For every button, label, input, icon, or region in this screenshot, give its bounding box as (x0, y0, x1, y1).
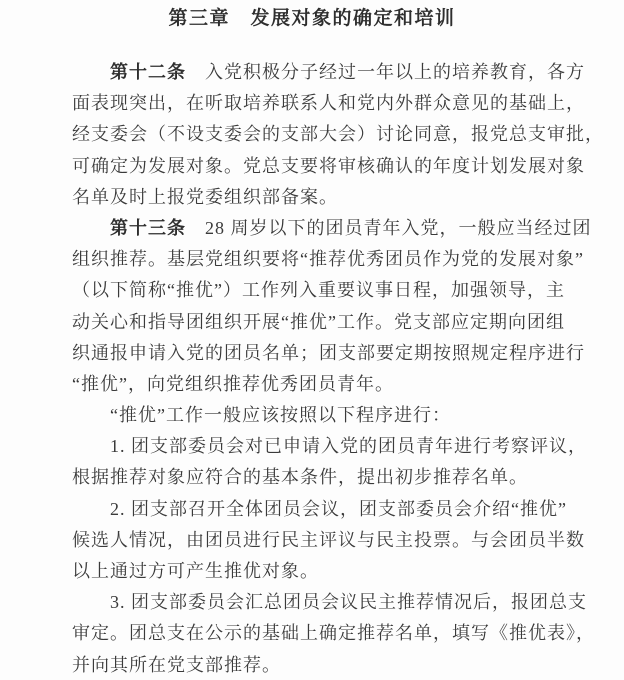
text-line-6: 第十三条 28 周岁以下的团员青年入党，一般应当经过团 (72, 213, 614, 244)
text-line-18: 3. 团支部委员会汇总团员会议民主推荐情况后，报团总支 (72, 587, 614, 618)
text-line-1: 第十二条 入党积极分子经过一年以上的培养教育，各方 (72, 57, 614, 88)
text-segment: 织通报申请入党的团员名单；团支部要定期按照规定程序进行 (72, 343, 585, 363)
text-segment: （以下简称“推优”）工作列入重要议事日程，加强领导，主 (72, 280, 565, 300)
text-segment: 并向其所在党支部推荐。 (72, 655, 281, 675)
clause-label: 第十二条 (110, 62, 186, 82)
chapter-title: 第三章 发展对象的确定和培训 (0, 0, 624, 31)
text-segment: 28 周岁以下的团员青年入党，一般应当经过团 (186, 218, 592, 238)
text-segment: 以上通过方可产生推优对象。 (72, 561, 319, 581)
text-line-5: 名单及时上报党委组织部备案。 (72, 182, 614, 213)
text-line-15: 2. 团支部召开全体团员会议，团支部委员会介绍“推优” (72, 494, 614, 525)
text-segment: 组织推荐。基层党组织要将“推荐优秀团员作为党的发展对象” (72, 249, 584, 269)
text-line-13: 1. 团支部委员会对已申请入党的团员青年进行考察评议， (72, 431, 614, 462)
text-line-9: 动关心和指导团组织开展“推优”工作。党支部应定期向团组 (72, 307, 614, 338)
text-line-10: 织通报申请入党的团员名单；团支部要定期按照规定程序进行 (72, 338, 614, 369)
text-segment: “推优”工作一般应该按照以下程序进行： (110, 405, 451, 425)
text-line-16: 候选人情况，由团员进行民主评议与民主投票。与会团员半数 (72, 525, 614, 556)
text-line-12: “推优”工作一般应该按照以下程序进行： (72, 400, 614, 431)
text-segment: 动关心和指导团组织开展“推优”工作。党支部应定期向团组 (72, 312, 565, 332)
text-segment: 面表现突出，在听取培养联系人和党内外群众意见的基础上， (72, 93, 585, 113)
text-segment: 1. 团支部委员会对已申请入党的团员青年进行考察评议， (110, 436, 587, 456)
text-line-14: 根据推荐对象应符合的基本条件，提出初步推荐名单。 (72, 462, 614, 493)
text-segment: 根据推荐对象应符合的基本条件，提出初步推荐名单。 (72, 467, 528, 487)
text-line-2: 面表现突出，在听取培养联系人和党内外群众意见的基础上， (72, 88, 614, 119)
text-line-8: （以下简称“推优”）工作列入重要议事日程，加强领导，主 (72, 275, 614, 306)
text-line-19: 审定。团总支在公示的基础上确定推荐名单，填写《推优表》， (72, 618, 614, 649)
text-segment: 经支委会（不设支委会的支部大会）讨论同意，报党总支审批， (72, 124, 604, 144)
text-line-20: 并向其所在党支部推荐。 (72, 650, 614, 680)
text-line-3: 经支委会（不设支委会的支部大会）讨论同意，报党总支审批， (72, 119, 614, 150)
text-segment: 2. 团支部召开全体团员会议，团支部委员会介绍“推优” (110, 499, 567, 519)
text-line-17: 以上通过方可产生推优对象。 (72, 556, 614, 587)
text-segment: “推优”，向党组织推荐优秀团员青年。 (72, 374, 394, 394)
text-segment: 3. 团支部委员会汇总团员会议民主推荐情况后，报团总支 (110, 592, 587, 612)
text-line-7: 组织推荐。基层党组织要将“推荐优秀团员作为党的发展对象” (72, 244, 614, 275)
document-page: 第三章 发展对象的确定和培训 第十二条 入党积极分子经过一年以上的培养教育，各方… (0, 0, 624, 680)
text-segment: 名单及时上报党委组织部备案。 (72, 187, 338, 207)
clause-label: 第十三条 (110, 218, 186, 238)
text-segment: 审定。团总支在公示的基础上确定推荐名单，填写《推优表》， (72, 623, 595, 643)
text-line-4: 可确定为发展对象。党总支要将审核确认的年度计划发展对象 (72, 151, 614, 182)
text-segment: 可确定为发展对象。党总支要将审核确认的年度计划发展对象 (72, 156, 585, 176)
text-line-11: “推优”，向党组织推荐优秀团员青年。 (72, 369, 614, 400)
text-segment: 入党积极分子经过一年以上的培养教育，各方 (186, 62, 585, 82)
text-segment: 候选人情况，由团员进行民主评议与民主投票。与会团员半数 (72, 530, 585, 550)
document-body: 第十二条 入党积极分子经过一年以上的培养教育，各方面表现突出，在听取培养联系人和… (0, 57, 624, 680)
